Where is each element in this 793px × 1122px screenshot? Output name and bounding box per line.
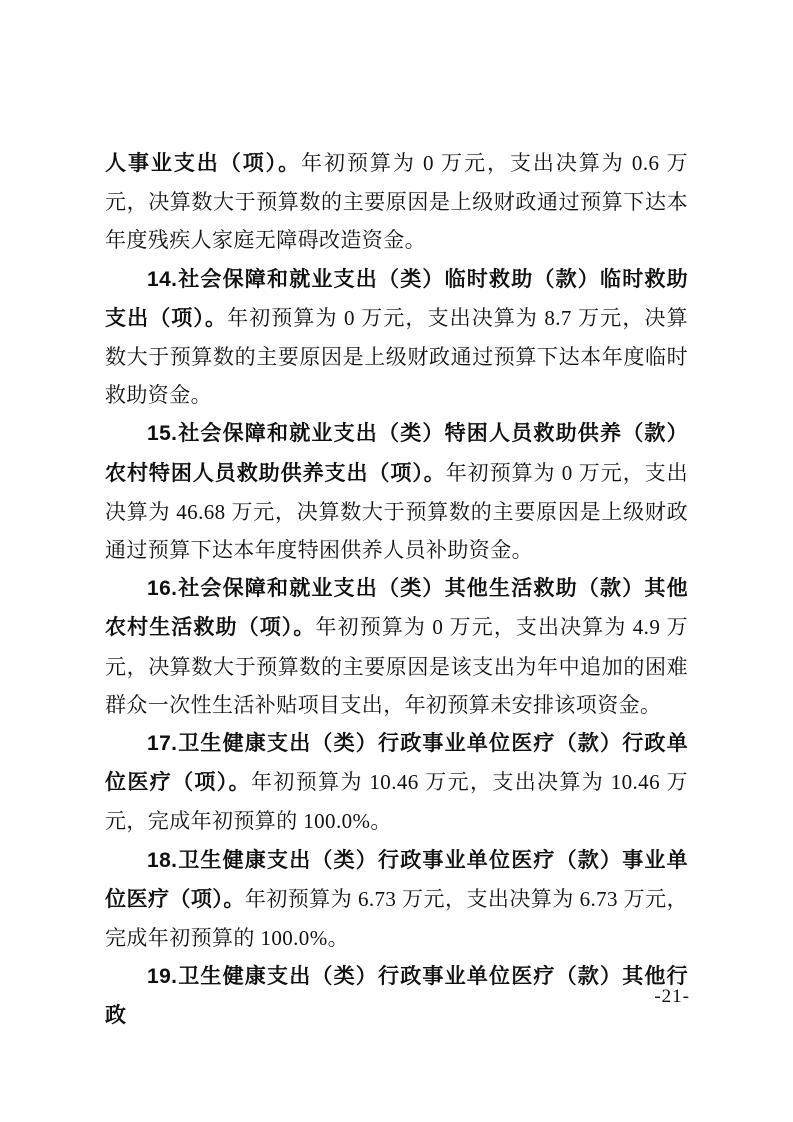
- paragraph-item-18: 18.卫生健康支出（类）行政事业单位医疗（款）事业单位医疗（项）。年初预算为 6…: [105, 841, 688, 958]
- paragraph-item-15: 15.社会保障和就业支出（类）特困人员救助供养（款）农村特困人员救助供养支出（项…: [105, 414, 688, 569]
- paragraph-item-19: 19.卫生健康支出（类）行政事业单位医疗（款）其他行政: [105, 957, 688, 1035]
- document-body: 人事业支出（项）。年初预算为 0 万元，支出决算为 0.6 万元，决算数大于预算…: [105, 144, 688, 1036]
- page-number: -21-: [654, 986, 690, 1008]
- paragraph-continuation: 人事业支出（项）。年初预算为 0 万元，支出决算为 0.6 万元，决算数大于预算…: [105, 144, 688, 260]
- paragraph-item-17: 17.卫生健康支出（类）行政事业单位医疗（款）行政单位医疗（项）。年初预算为 1…: [105, 724, 688, 841]
- paragraph-item-16: 16.社会保障和就业支出（类）其他生活救助（款）其他农村生活救助（项）。年初预算…: [105, 569, 688, 724]
- document-page: 人事业支出（项）。年初预算为 0 万元，支出决算为 0.6 万元，决算数大于预算…: [0, 0, 793, 1122]
- paragraph-heading: 人事业支出（项）。: [105, 152, 301, 175]
- paragraph-heading: 19.卫生健康支出（类）行政事业单位医疗（款）其他行政: [105, 965, 688, 1027]
- paragraph-item-14: 14.社会保障和就业支出（类）临时救助（款）临时救助支出（项）。年初预算为 0 …: [105, 260, 688, 415]
